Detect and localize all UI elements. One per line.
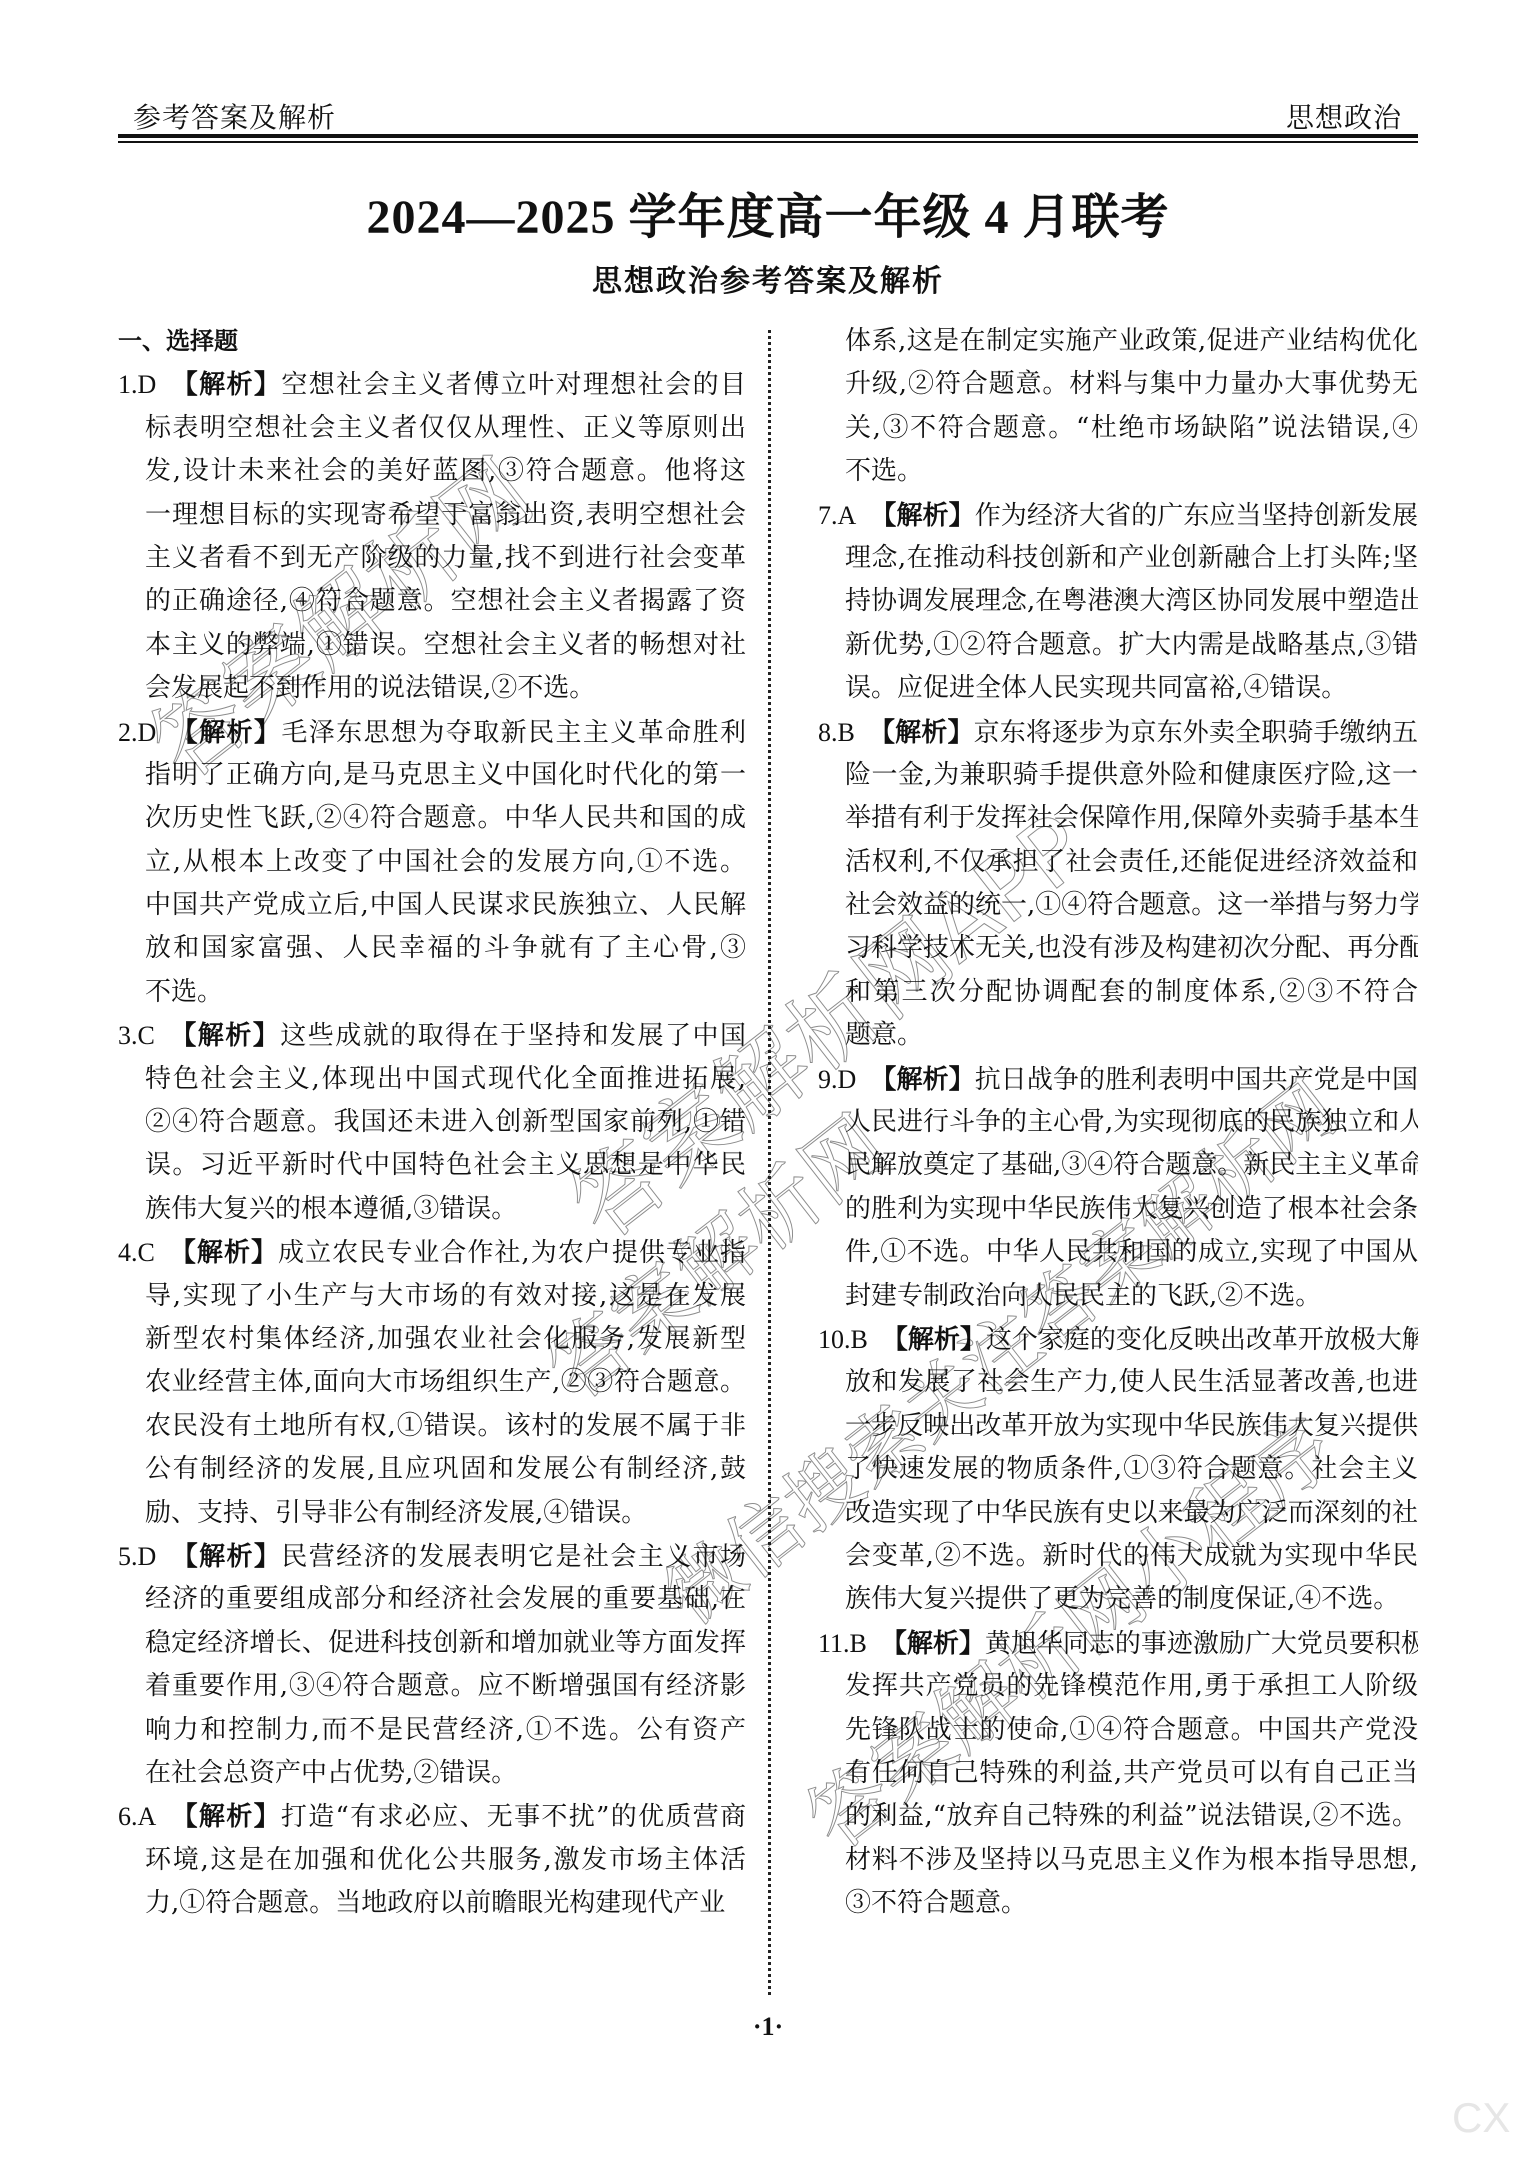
answer-item: 体系,这是在制定实施产业政策,促进产业结构优化升级,②符合题意。材料与集中力量办… bbox=[818, 320, 1418, 494]
answer-item: 6.A【解析】打造“有求必应、无事不扰”的优质营商环境,这是在加强和优化公共服务… bbox=[118, 1795, 746, 1925]
analysis-tag: 【解析】 bbox=[170, 1802, 281, 1832]
answer-line: 险一金,为兼职骑手提供意外险和健康医疗险,这一 bbox=[818, 754, 1418, 797]
analysis-tag: 【解析】 bbox=[870, 1065, 974, 1095]
answer-line: 题意。 bbox=[818, 1014, 1418, 1057]
answer-line: 的胜利为实现中华民族伟大复兴创造了根本社会条 bbox=[818, 1188, 1418, 1231]
answer-line: 6.A【解析】打造“有求必应、无事不扰”的优质营商 bbox=[118, 1795, 746, 1838]
right-column: 体系,这是在制定实施产业政策,促进产业结构优化升级,②符合题意。材料与集中力量办… bbox=[818, 320, 1418, 1925]
corner-mark: CX bbox=[1452, 2094, 1510, 2142]
answer-item: 5.D【解析】民营经济的发展表明它是社会主义市场经济的重要组成部分和经济社会发展… bbox=[118, 1535, 746, 1795]
answer-line: 会发展起不到作用的说法错误,②不选。 bbox=[118, 667, 746, 710]
answer-item: 8.B【解析】京东将逐步为京东外卖全职骑手缴纳五险一金,为兼职骑手提供意外险和健… bbox=[818, 711, 1418, 1058]
answer-line: 不选。 bbox=[818, 450, 1418, 493]
answer-line: 2.D【解析】毛泽东思想为夺取新民主主义革命胜利 bbox=[118, 711, 746, 754]
question-number: 9.D bbox=[818, 1065, 856, 1094]
answer-line: 放和发展了社会生产力,使人民生活显著改善,也进 bbox=[818, 1361, 1418, 1404]
analysis-tag: 【解析】 bbox=[870, 501, 974, 531]
answer-line: 7.A【解析】作为经济大省的广东应当坚持创新发展 bbox=[818, 494, 1418, 537]
answer-line: ③不符合题意。 bbox=[818, 1882, 1418, 1925]
answer-line: 次历史性飞跃,②④符合题意。中华人民共和国的成 bbox=[118, 797, 746, 840]
analysis-tag: 【解析】 bbox=[169, 1021, 280, 1051]
document-subtitle: 思想政治参考答案及解析 bbox=[0, 256, 1536, 300]
answer-line: 环境,这是在加强和优化公共服务,激发市场主体活 bbox=[118, 1839, 746, 1882]
answer-line: 封建专制政治向人民民主的飞跃,②不选。 bbox=[818, 1275, 1418, 1318]
answer-line: 经济的重要组成部分和经济社会发展的重要基础,在 bbox=[118, 1578, 746, 1621]
analysis-tag: 【解析】 bbox=[869, 718, 974, 748]
question-number: 7.A bbox=[818, 501, 856, 530]
answer-item: 1.D【解析】空想社会主义者傅立叶对理想社会的目标表明空想社会主义者仅仅从理性、… bbox=[118, 363, 746, 710]
answer-line: 件,①不选。中华人民共和国的成立,实现了中国从 bbox=[818, 1231, 1418, 1274]
answer-line: 10.B【解析】这个家庭的变化反映出改革开放极大解 bbox=[818, 1318, 1418, 1361]
answer-line: 新型农村集体经济,加强农业社会化服务,发展新型 bbox=[118, 1318, 746, 1361]
page-number: ·1· bbox=[0, 2012, 1536, 2042]
running-header-left: 参考答案及解析 bbox=[133, 96, 336, 136]
answer-line: 了快速发展的物质条件,①③符合题意。社会主义 bbox=[818, 1448, 1418, 1491]
answer-text: 黄旭华同志的事迹激励广大党员要积极 bbox=[985, 1629, 1418, 1659]
analysis-tag: 【解析】 bbox=[170, 718, 281, 748]
question-number: 8.B bbox=[818, 718, 855, 747]
answer-line: 公有制经济的发展,且应巩固和发展公有制经济,鼓 bbox=[118, 1448, 746, 1491]
answer-item: 11.B【解析】黄旭华同志的事迹激励广大党员要积极发挥共产党员的先锋模范作用,勇… bbox=[818, 1622, 1418, 1926]
answer-text: 民营经济的发展表明它是社会主义市场 bbox=[281, 1542, 746, 1572]
answer-line: 升级,②符合题意。材料与集中力量办大事优势无 bbox=[818, 363, 1418, 406]
left-answer-list: 1.D【解析】空想社会主义者傅立叶对理想社会的目标表明空想社会主义者仅仅从理性、… bbox=[118, 363, 746, 1925]
answer-line: 中国共产党成立后,中国人民谋求民族独立、人民解 bbox=[118, 884, 746, 927]
answer-line: 一步反映出改革开放为实现中华民族伟大复兴提供 bbox=[818, 1405, 1418, 1448]
answer-line: 标表明空想社会主义者仅仅从理性、正义等原则出 bbox=[118, 407, 746, 450]
answer-line: 人民进行斗争的主心骨,为实现彻底的民族独立和人 bbox=[818, 1101, 1418, 1144]
answer-line: 农业经营主体,面向大市场组织生产,②③符合题意。 bbox=[118, 1361, 746, 1404]
answer-line: 持协调发展理念,在粤港澳大湾区协同发展中塑造出 bbox=[818, 580, 1418, 623]
answer-line: 误。应促进全体人民实现共同富裕,④错误。 bbox=[818, 667, 1418, 710]
answer-line: 关,③不符合题意。“杜绝市场缺陷”说法错误,④ bbox=[818, 407, 1418, 450]
question-number: 5.D bbox=[118, 1542, 156, 1571]
answer-text: 京东将逐步为京东外卖全职骑手缴纳五 bbox=[974, 718, 1418, 748]
left-column: 一、选择题 1.D【解析】空想社会主义者傅立叶对理想社会的目标表明空想社会主义者… bbox=[118, 320, 746, 1925]
answer-line: 理念,在推动科技创新和产业创新融合上打头阵;坚 bbox=[818, 537, 1418, 580]
answer-line: 举措有利于发挥社会保障作用,保障外卖骑手基本生 bbox=[818, 797, 1418, 840]
answer-line: 农民没有土地所有权,①错误。该村的发展不属于非 bbox=[118, 1405, 746, 1448]
header-double-rule bbox=[118, 134, 1418, 143]
answer-line: 先锋队战士的使命,①④符合题意。中国共产党没 bbox=[818, 1709, 1418, 1752]
answer-line: 放和国家富强、人民幸福的斗争就有了主心骨,③ bbox=[118, 927, 746, 970]
running-header-right: 思想政治 bbox=[1286, 96, 1402, 136]
question-number: 1.D bbox=[118, 370, 156, 399]
answer-line: 8.B【解析】京东将逐步为京东外卖全职骑手缴纳五 bbox=[818, 711, 1418, 754]
answer-line: 改造实现了中华民族有史以来最为广泛而深刻的社 bbox=[818, 1492, 1418, 1535]
question-number: 10.B bbox=[818, 1325, 868, 1354]
answer-text: 这个家庭的变化反映出改革开放极大解 bbox=[986, 1325, 1418, 1355]
answer-line: ②④符合题意。我国还未进入创新型国家前列,①错 bbox=[118, 1101, 746, 1144]
question-number: 3.C bbox=[118, 1021, 155, 1050]
answer-line: 导,实现了小生产与大市场的有效对接,这是在发展 bbox=[118, 1275, 746, 1318]
analysis-tag: 【解析】 bbox=[881, 1629, 985, 1659]
section-heading: 一、选择题 bbox=[118, 320, 746, 363]
answer-line: 5.D【解析】民营经济的发展表明它是社会主义市场 bbox=[118, 1535, 746, 1578]
answer-item: 7.A【解析】作为经济大省的广东应当坚持创新发展理念,在推动科技创新和产业创新融… bbox=[818, 494, 1418, 711]
answer-line: 发,设计未来社会的美好蓝图,③符合题意。他将这 bbox=[118, 450, 746, 493]
answer-line: 有任何自己特殊的利益,共产党员可以有自己正当 bbox=[818, 1752, 1418, 1795]
answer-line: 主义者看不到无产阶级的力量,找不到进行社会变革 bbox=[118, 537, 746, 580]
answer-line: 1.D【解析】空想社会主义者傅立叶对理想社会的目 bbox=[118, 363, 746, 406]
answer-line: 指明了正确方向,是马克思主义中国化时代化的第一 bbox=[118, 754, 746, 797]
answer-line: 立,从根本上改变了中国社会的发展方向,①不选。 bbox=[118, 841, 746, 884]
analysis-tag: 【解析】 bbox=[170, 1542, 281, 1572]
answer-line: 着重要作用,③④符合题意。应不断增强国有经济影 bbox=[118, 1665, 746, 1708]
answer-text: 成立农民专业合作社,为农户提供专业指 bbox=[278, 1238, 746, 1268]
question-number: 2.D bbox=[118, 718, 156, 747]
answer-line: 发挥共产党员的先锋模范作用,勇于承担工人阶级 bbox=[818, 1665, 1418, 1708]
answer-line: 族伟大复兴的根本遵循,③错误。 bbox=[118, 1188, 746, 1231]
answer-item: 9.D【解析】抗日战争的胜利表明中国共产党是中国人民进行斗争的主心骨,为实现彻底… bbox=[818, 1058, 1418, 1318]
answer-line: 误。习近平新时代中国特色社会主义思想是中华民 bbox=[118, 1144, 746, 1187]
answer-text: 这些成就的取得在于坚持和发展了中国 bbox=[280, 1021, 746, 1051]
answer-line: 不选。 bbox=[118, 971, 746, 1014]
answer-line: 4.C【解析】成立农民专业合作社,为农户提供专业指 bbox=[118, 1231, 746, 1274]
answer-line: 社会效益的统一,①④符合题意。这一举措与努力学 bbox=[818, 884, 1418, 927]
answer-line: 一理想目标的实现寄希望于富翁出资,表明空想社会 bbox=[118, 494, 746, 537]
answer-item: 2.D【解析】毛泽东思想为夺取新民主主义革命胜利指明了正确方向,是马克思主义中国… bbox=[118, 711, 746, 1015]
question-number: 6.A bbox=[118, 1802, 156, 1831]
answer-line: 在社会总资产中占优势,②错误。 bbox=[118, 1752, 746, 1795]
answer-line: 9.D【解析】抗日战争的胜利表明中国共产党是中国 bbox=[818, 1058, 1418, 1101]
answer-line: 习科学技术无关,也没有涉及构建初次分配、再分配 bbox=[818, 927, 1418, 970]
right-answer-list: 体系,这是在制定实施产业政策,促进产业结构优化升级,②符合题意。材料与集中力量办… bbox=[818, 320, 1418, 1925]
column-divider bbox=[768, 330, 771, 1995]
answer-line: 民解放奠定了基础,③④符合题意。新民主主义革命 bbox=[818, 1144, 1418, 1187]
answer-line: 和第三次分配协调配套的制度体系,②③不符合 bbox=[818, 971, 1418, 1014]
answer-line: 响力和控制力,而不是民营经济,①不选。公有资产 bbox=[118, 1709, 746, 1752]
answer-line: 会变革,②不选。新时代的伟大成就为实现中华民 bbox=[818, 1535, 1418, 1578]
answer-line: 材料不涉及坚持以马克思主义作为根本指导思想, bbox=[818, 1839, 1418, 1882]
answer-line: 11.B【解析】黄旭华同志的事迹激励广大党员要积极 bbox=[818, 1622, 1418, 1665]
answer-text: 毛泽东思想为夺取新民主主义革命胜利 bbox=[281, 718, 746, 748]
answer-line: 新优势,①②符合题意。扩大内需是战略基点,③错 bbox=[818, 624, 1418, 667]
analysis-tag: 【解析】 bbox=[882, 1325, 986, 1355]
answer-line: 稳定经济增长、促进科技创新和增加就业等方面发挥 bbox=[118, 1622, 746, 1665]
answer-line: 力,①符合题意。当地政府以前瞻眼光构建现代产业 bbox=[118, 1882, 746, 1925]
answer-item: 4.C【解析】成立农民专业合作社,为农户提供专业指导,实现了小生产与大市场的有效… bbox=[118, 1231, 746, 1535]
answer-text: 抗日战争的胜利表明中国共产党是中国 bbox=[975, 1065, 1418, 1095]
answer-text: 打造“有求必应、无事不扰”的优质营商 bbox=[281, 1802, 746, 1832]
analysis-tag: 【解析】 bbox=[169, 1238, 278, 1268]
answer-line: 的利益,“放弃自己特殊的利益”说法错误,②不选。 bbox=[818, 1795, 1418, 1838]
answer-line: 体系,这是在制定实施产业政策,促进产业结构优化 bbox=[818, 320, 1418, 363]
answer-text: 空想社会主义者傅立叶对理想社会的目 bbox=[281, 370, 746, 400]
answer-line: 励、支持、引导非公有制经济发展,④错误。 bbox=[118, 1492, 746, 1535]
answer-line: 的正确途径,④符合题意。空想社会主义者揭露了资 bbox=[118, 580, 746, 623]
answer-item: 3.C【解析】这些成就的取得在于坚持和发展了中国特色社会主义,体现出中国式现代化… bbox=[118, 1014, 746, 1231]
question-number: 11.B bbox=[818, 1629, 867, 1658]
answer-item: 10.B【解析】这个家庭的变化反映出改革开放极大解放和发展了社会生产力,使人民生… bbox=[818, 1318, 1418, 1622]
answer-text: 作为经济大省的广东应当坚持创新发展 bbox=[975, 501, 1418, 531]
answer-line: 特色社会主义,体现出中国式现代化全面推进拓展, bbox=[118, 1058, 746, 1101]
question-number: 4.C bbox=[118, 1238, 155, 1267]
answer-line: 族伟大复兴提供了更为完善的制度保证,④不选。 bbox=[818, 1578, 1418, 1621]
document-title: 2024—2025 学年度高一年级 4 月联考 bbox=[0, 178, 1536, 247]
answer-line: 活权利,不仅承担了社会责任,还能促进经济效益和 bbox=[818, 841, 1418, 884]
analysis-tag: 【解析】 bbox=[170, 370, 281, 400]
answer-line: 本主义的弊端,①错误。空想社会主义者的畅想对社 bbox=[118, 624, 746, 667]
answer-line: 3.C【解析】这些成就的取得在于坚持和发展了中国 bbox=[118, 1014, 746, 1057]
